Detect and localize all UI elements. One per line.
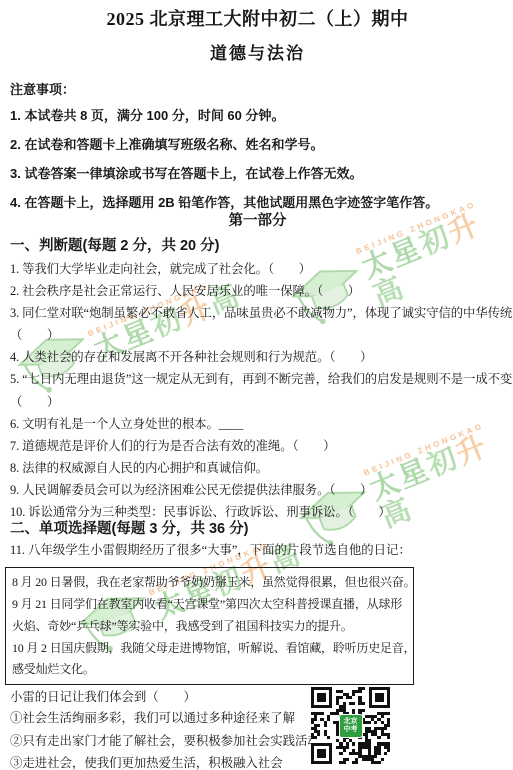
question-line: 8. 法律的权威源自人民的内心拥护和真诚信仰。 [10, 457, 505, 479]
question-line: 5. “七日内无理由退货”这一规定从无到有，再到不断完善，给我们的启发是规则不是… [10, 368, 505, 390]
qr-code: 北京 中考 [311, 687, 390, 764]
exam-title: 2025 北京理工大附中初二（上）期中 [10, 8, 505, 30]
notice-list: 1. 本试卷共 8 页，满分 100 分，时间 60 分钟。2. 在试卷和答题卡… [10, 101, 505, 217]
diary-line: 感受灿烂文化。 [12, 659, 407, 681]
diary-line: 10 月 2 日国庆假期，我随父母走进博物馆，听解说、看馆藏，聆听历史足音， [12, 638, 407, 660]
question-line: 6. 文明有礼是一个人立身处世的根本。____ [10, 413, 505, 435]
notice-item: 2. 在试卷和答题卡上准确填写班级名称、姓名和学号。 [10, 130, 505, 159]
qr-finder-top-left [311, 687, 332, 708]
qr-center-label: 北京 中考 [339, 714, 363, 738]
question-line: 1. 等我们大学毕业走向社会，就完成了社会化。（ ） [10, 258, 505, 280]
question-line: 2. 社会秩序是社会正常运行、人民安居乐业的唯一保障。（ ） [10, 280, 505, 302]
question-11-stem: 11. 八年级学生小雷假期经历了很多“大事”，下面的片段节选自他的日记： [10, 543, 505, 558]
qr-finder-bottom-left [311, 743, 332, 764]
question-line: 4. 人类社会的存在和发展离不开各种社会规则和行为规范。（ ） [10, 346, 505, 368]
question-line: （ ） [10, 324, 505, 346]
notice-item: 1. 本试卷共 8 页，满分 100 分，时间 60 分钟。 [10, 101, 505, 130]
diary-line: 9 月 21 日同学们在教室内收看“天宫课堂”第四次太空科普授课直播，从球形 [12, 594, 407, 616]
qr-label-line1: 北京 [344, 718, 358, 726]
question-11-prompt: 小雷的日记让我们体会到（ ） [10, 690, 505, 705]
diary-line: 火焰、奇妙“乒乓球”等实验中，我感受到了祖国科技实力的提升。 [12, 616, 407, 638]
judgment-question-list: 1. 等我们大学毕业走向社会，就完成了社会化。（ ）2. 社会秩序是社会正常运行… [10, 258, 505, 523]
exam-page: 2025 北京理工大附中初二（上）期中 道德与法治 注意事项： 1. 本试卷共 … [0, 0, 513, 770]
option-line: ①社会生活绚丽多彩，我们可以通过多种途径来了解 [10, 707, 505, 729]
diary-line: 8 月 20 日暑假，我在老家帮助爷爷奶奶掰玉米，虽然觉得很累，但也很兴奋。 [12, 572, 407, 594]
notice-item: 3. 试卷答案一律填涂或书写在答题卡上，在试卷上作答无效。 [10, 159, 505, 188]
notice-heading: 注意事项： [10, 82, 505, 97]
question-line: 3. 同仁堂对联“炮制虽繁必不敢省人工，品味虽贵必不敢减物力”，体现了诚实守信的… [10, 302, 505, 324]
section1-heading: 一、判断题(每题 2 分，共 20 分) [10, 237, 505, 255]
question-line: 7. 道德规范是评价人们的行为是否合法有效的准绳。（ ） [10, 435, 505, 457]
diary-excerpt-box: 8 月 20 日暑假，我在老家帮助爷爷奶奶掰玉米，虽然觉得很累，但也很兴奋。9 … [5, 567, 414, 685]
qr-finder-top-right [369, 687, 390, 708]
option-line: ②只有走出家门才能了解社会，要积极参加社会实践活动 [10, 730, 505, 752]
question-11-options: ①社会生活绚丽多彩，我们可以通过多种途径来了解②只有走出家门才能了解社会，要积极… [10, 707, 505, 770]
question-line: 9. 人民调解委员会可以为经济困难公民无偿提供法律服务。（ ） [10, 479, 505, 501]
exam-subject: 道德与法治 [10, 44, 505, 64]
option-line: ③走进社会，使我们更加热爱生活，积极融入社会 [10, 752, 505, 770]
question-line: （ ） [10, 391, 505, 413]
qr-label-line2: 中考 [344, 726, 358, 734]
